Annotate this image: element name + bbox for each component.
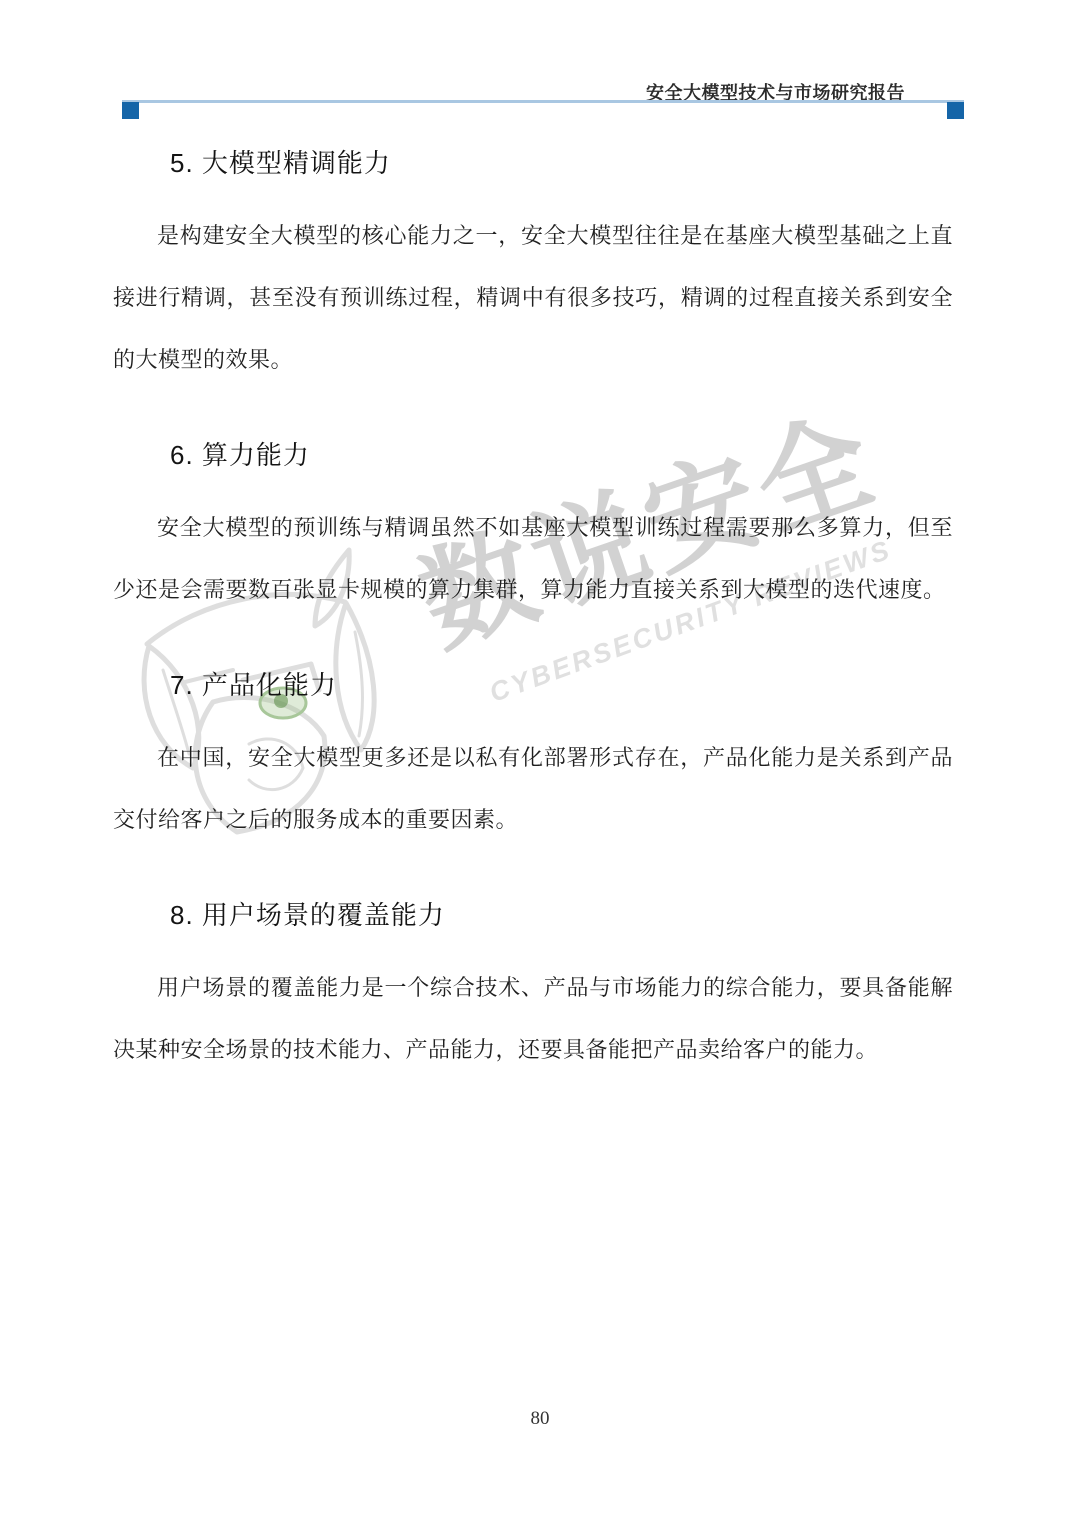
section-heading-5: 5. 大模型精调能力: [113, 145, 953, 181]
section-paragraph-5: 是构建安全大模型的核心能力之一，安全大模型往往是在基座大模型基础之上直接进行精调…: [113, 205, 953, 391]
section-heading-8: 8. 用户场景的覆盖能力: [113, 897, 953, 933]
section-heading-7: 7. 产品化能力: [113, 667, 953, 703]
section-heading-6: 6. 算力能力: [113, 437, 953, 473]
section-paragraph-6: 安全大模型的预训练与精调虽然不如基座大模型训练过程需要那么多算力，但至少还是会需…: [113, 497, 953, 621]
page-content: 5. 大模型精调能力 是构建安全大模型的核心能力之一，安全大模型往往是在基座大模…: [113, 0, 953, 1081]
section-paragraph-7: 在中国，安全大模型更多还是以私有化部署形式存在，产品化能力是关系到产品交付给客户…: [113, 727, 953, 851]
section-paragraph-8: 用户场景的覆盖能力是一个综合技术、产品与市场能力的综合能力，要具备能解决某种安全…: [113, 957, 953, 1081]
document-page: CYBERSECURITY REVIEWS 数说安全 安全大模型技术与市场研究报…: [0, 0, 1080, 1527]
page-number: 80: [0, 1408, 1080, 1430]
